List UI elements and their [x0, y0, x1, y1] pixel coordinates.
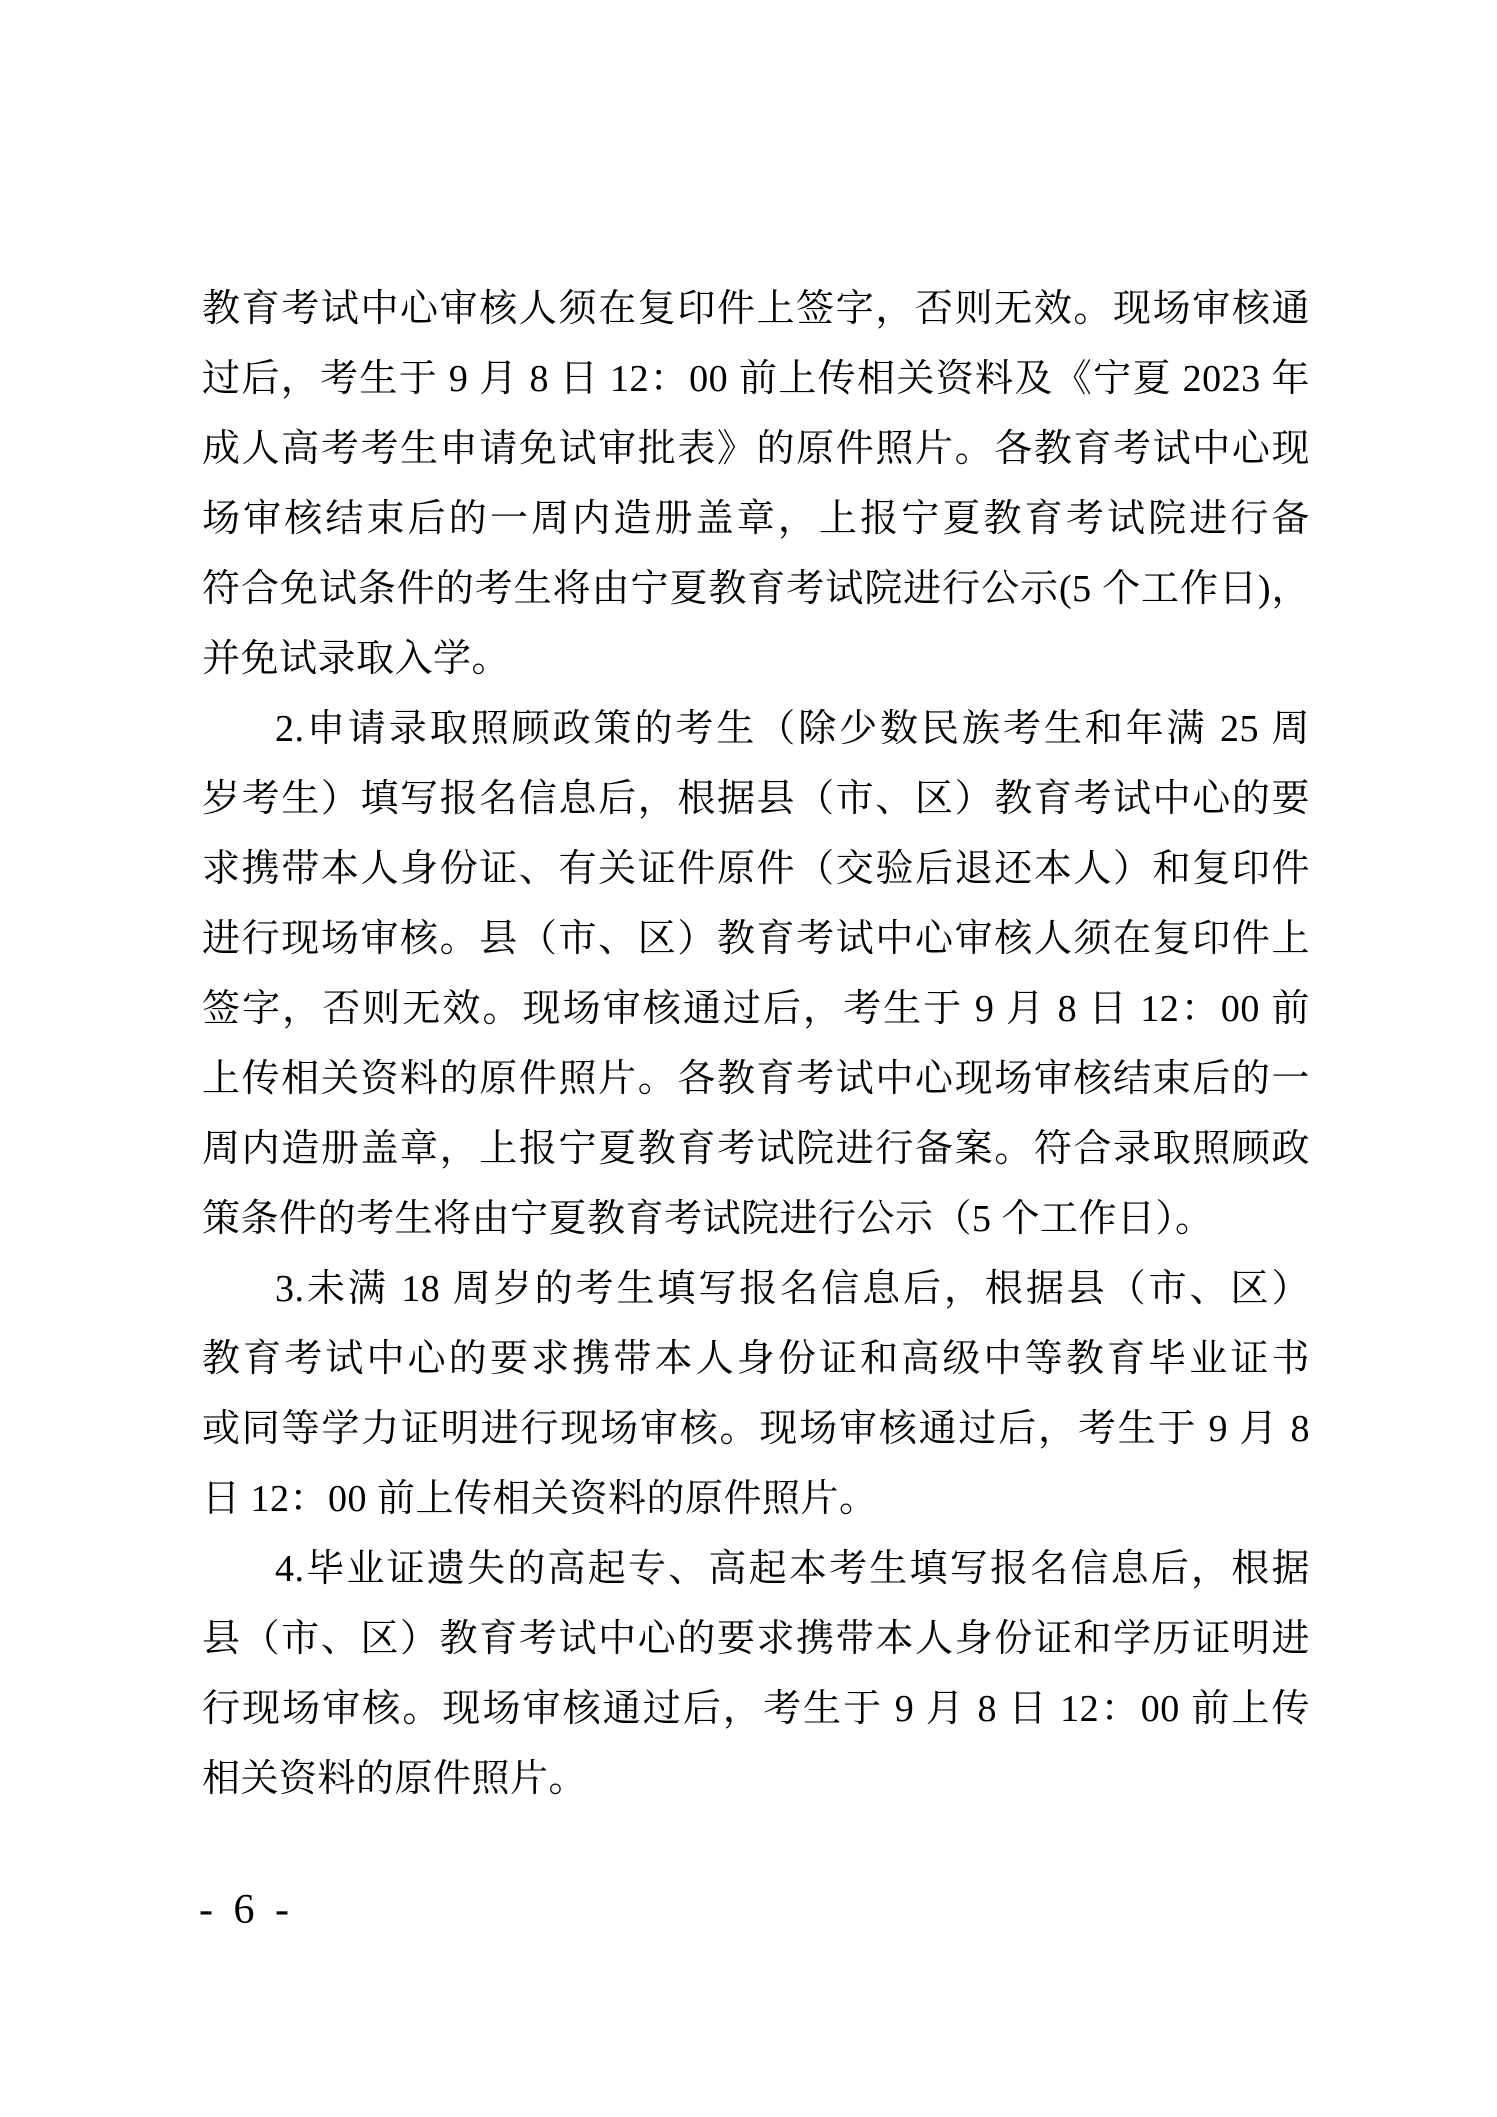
text-line: 教育考试中心审核人须在复印件上签字，否则无效。现场审核通: [202, 274, 1310, 344]
document-page: 教育考试中心审核人须在复印件上签字，否则无效。现场审核通 过后，考生于 9 月 …: [0, 0, 1497, 2117]
text-line: 成人高考考生申请免试审批表》的原件照片。各教育考试中心现: [202, 414, 1310, 484]
text-line: 岁考生）填写报名信息后，根据县（市、区）教育考试中心的要: [202, 764, 1310, 834]
text-line paragraph-start: 3.未满 18 周岁的考生填写报名信息后，根据县（市、区）: [202, 1254, 1310, 1324]
text-line: 日 12：00 前上传相关资料的原件照片。: [202, 1464, 1310, 1534]
text-line: 上传相关资料的原件照片。各教育考试中心现场审核结束后的一: [202, 1044, 1310, 1114]
text-line: 符合免试条件的考生将由宁夏教育考试院进行公示(5 个工作日)，: [202, 554, 1310, 624]
text-line: 进行现场审核。县（市、区）教育考试中心审核人须在复印件上: [202, 904, 1310, 974]
text-line: 行现场审核。现场审核通过后，考生于 9 月 8 日 12：00 前上传: [202, 1674, 1310, 1744]
text-line: 相关资料的原件照片。: [202, 1744, 1310, 1814]
text-line: 签字，否则无效。现场审核通过后，考生于 9 月 8 日 12：00 前: [202, 974, 1310, 1044]
text-line: 并免试录取入学。: [202, 624, 1310, 694]
text-line: 县（市、区）教育考试中心的要求携带本人身份证和学历证明进: [202, 1604, 1310, 1674]
text-line paragraph-start: 4.毕业证遗失的高起专、高起本考生填写报名信息后，根据: [202, 1534, 1310, 1604]
text-line: 过后，考生于 9 月 8 日 12：00 前上传相关资料及《宁夏 2023 年: [202, 344, 1310, 414]
text-line: 教育考试中心的要求携带本人身份证和高级中等教育毕业证书: [202, 1324, 1310, 1394]
text-line: 求携带本人身份证、有关证件原件（交验后退还本人）和复印件: [202, 834, 1310, 904]
text-line: 或同等学力证明进行现场审核。现场审核通过后，考生于 9 月 8: [202, 1394, 1310, 1464]
page-number: - 6 -: [199, 1889, 294, 1931]
text-line paragraph-start: 2.申请录取照顾政策的考生（除少数民族考生和年满 25 周: [202, 694, 1310, 764]
text-line: 场审核结束后的一周内造册盖章，上报宁夏教育考试院进行备案。: [202, 484, 1310, 554]
document-text-block: 教育考试中心审核人须在复印件上签字，否则无效。现场审核通 过后，考生于 9 月 …: [202, 274, 1310, 1814]
text-line: 策条件的考生将由宁夏教育考试院进行公示（5 个工作日）。: [202, 1184, 1310, 1254]
text-line: 周内造册盖章，上报宁夏教育考试院进行备案。符合录取照顾政: [202, 1114, 1310, 1184]
